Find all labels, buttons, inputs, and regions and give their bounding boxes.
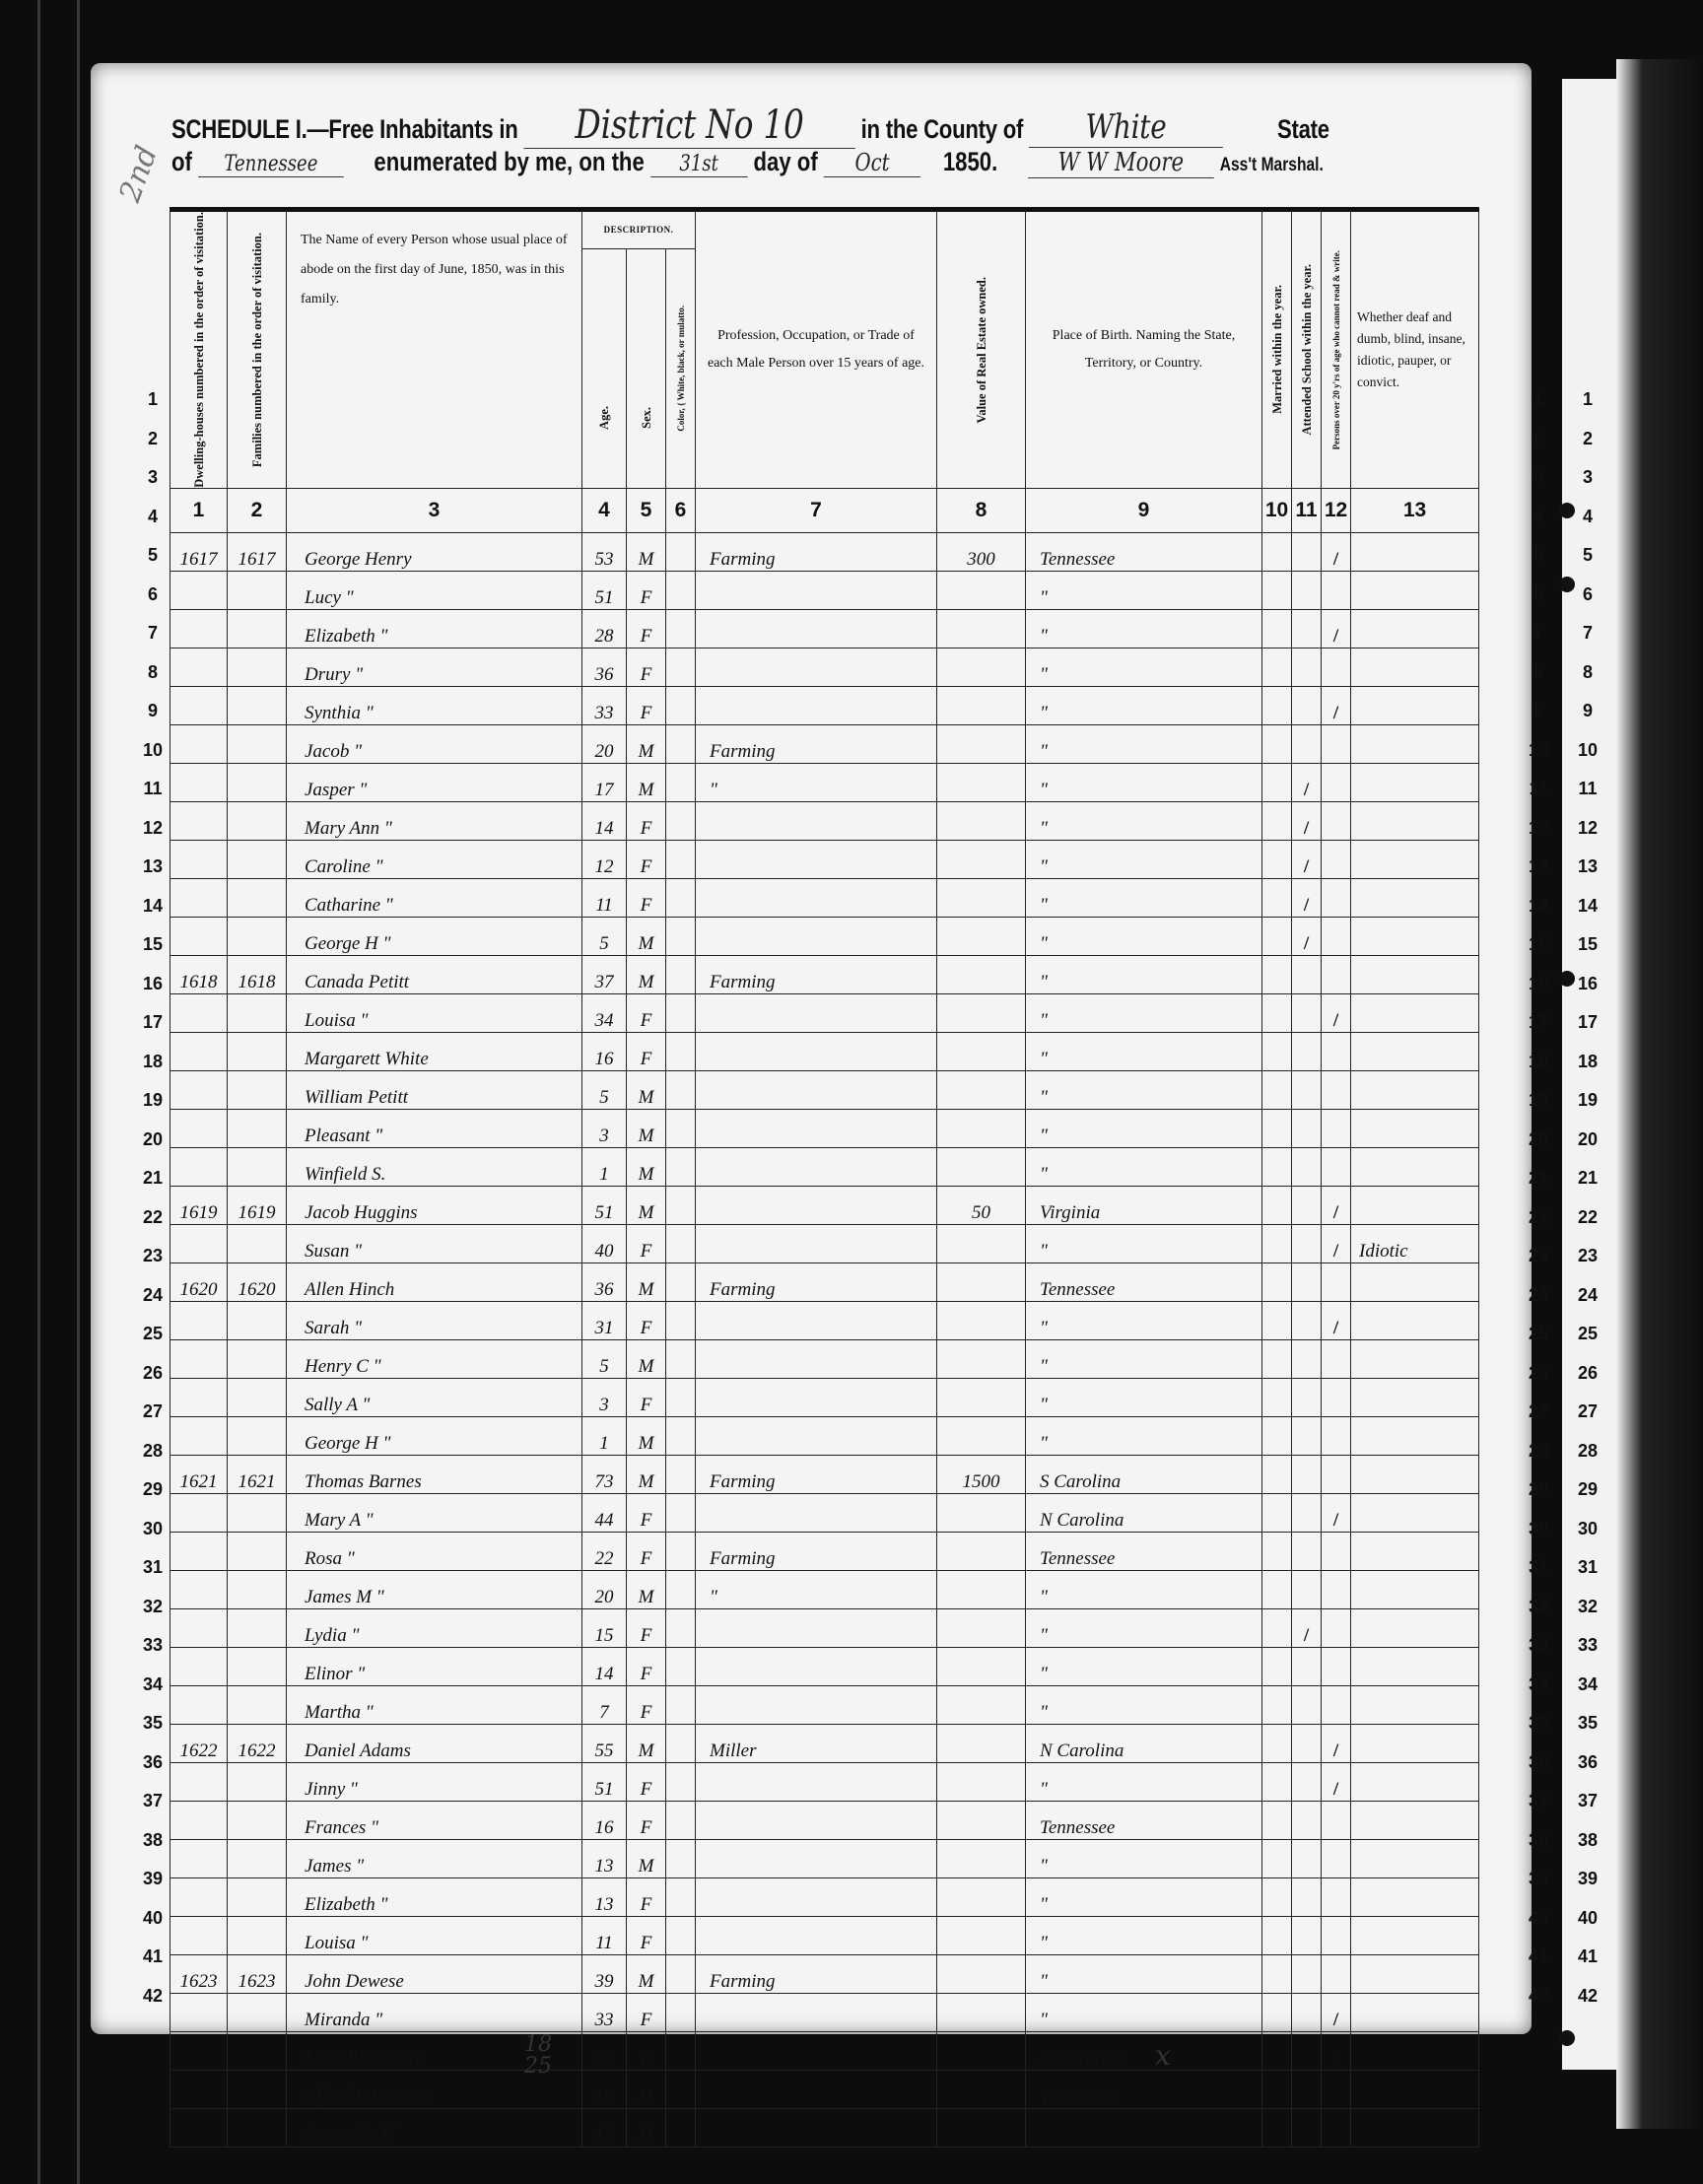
condition-cell bbox=[1351, 1032, 1479, 1070]
line-number-adjacent: 36 bbox=[1575, 1752, 1601, 1773]
condition-cell bbox=[1351, 2070, 1479, 2108]
color-cell bbox=[666, 1839, 696, 1877]
place-of-birth-cell: " bbox=[1026, 609, 1262, 648]
occupation-cell bbox=[696, 1070, 937, 1109]
table-row: Sally A "3F" bbox=[170, 1378, 1479, 1416]
condition-cell bbox=[1351, 1147, 1479, 1186]
dwelling-number-cell bbox=[170, 1301, 228, 1339]
family-number-cell bbox=[228, 840, 287, 878]
color-cell bbox=[666, 648, 696, 686]
line-number-adjacent: 25 bbox=[1575, 1324, 1601, 1344]
color-cell bbox=[666, 724, 696, 763]
married-mark-cell bbox=[1262, 1993, 1292, 2031]
family-number-cell: 1623 bbox=[228, 1954, 287, 1993]
dwelling-number-cell bbox=[170, 1993, 228, 2031]
school-mark-cell bbox=[1292, 1916, 1322, 1954]
condition-cell bbox=[1351, 955, 1479, 993]
condition-cell bbox=[1351, 1339, 1479, 1378]
of-label: of bbox=[171, 147, 192, 176]
col-header-dwelling: Dwelling-houses numbered in the order of… bbox=[170, 210, 228, 489]
person-name-cell: Daniel Adams bbox=[287, 1724, 582, 1762]
family-number-cell bbox=[228, 686, 287, 724]
sex-cell: F bbox=[627, 1301, 666, 1339]
illiterate-mark-cell bbox=[1322, 1916, 1351, 1954]
real-estate-value-cell bbox=[937, 1378, 1026, 1416]
dwelling-number-cell bbox=[170, 1378, 228, 1416]
dwelling-number-cell: 1620 bbox=[170, 1263, 228, 1301]
table-row: Lydia "15F"/ bbox=[170, 1608, 1479, 1647]
family-number-cell bbox=[228, 1877, 287, 1916]
family-number-cell bbox=[228, 2108, 287, 2147]
school-mark-cell: / bbox=[1292, 801, 1322, 840]
condition-cell bbox=[1351, 2031, 1479, 2070]
real-estate-value-cell bbox=[937, 993, 1026, 1032]
person-name-cell: Synthia " bbox=[287, 686, 582, 724]
school-mark-cell bbox=[1292, 1301, 1322, 1339]
dwelling-number-cell bbox=[170, 1070, 228, 1109]
sex-cell: F bbox=[627, 1378, 666, 1416]
line-number-adjacent: 6 bbox=[1575, 584, 1601, 605]
family-number-cell bbox=[228, 763, 287, 801]
table-row: Alfred V Dewese16MTennessee bbox=[170, 2070, 1479, 2108]
dwelling-number-cell bbox=[170, 878, 228, 917]
condition-cell bbox=[1351, 840, 1479, 878]
table-row: Sarah "31F"/ bbox=[170, 1301, 1479, 1339]
table-row: Leah Blackburn57FN Carolina/ bbox=[170, 2031, 1479, 2070]
family-number-cell bbox=[228, 2031, 287, 2070]
line-number-left: 6 bbox=[138, 584, 168, 605]
family-number-cell bbox=[228, 1109, 287, 1147]
col-num: 1 bbox=[170, 488, 228, 532]
condition-cell bbox=[1351, 532, 1479, 571]
month-field: Oct bbox=[824, 149, 920, 177]
real-estate-value-cell bbox=[937, 1801, 1026, 1839]
col-num: 3 bbox=[287, 488, 582, 532]
school-mark-cell bbox=[1292, 724, 1322, 763]
color-cell bbox=[666, 917, 696, 955]
dwelling-number-cell bbox=[170, 1493, 228, 1532]
school-mark-cell bbox=[1292, 1455, 1322, 1493]
line-number-left: 21 bbox=[138, 1168, 168, 1189]
age-cell: 36 bbox=[582, 1263, 627, 1301]
condition-cell bbox=[1351, 1301, 1479, 1339]
real-estate-value-cell bbox=[937, 1877, 1026, 1916]
scan-edge bbox=[37, 0, 40, 2184]
person-name-cell: James M " bbox=[287, 1570, 582, 1608]
person-name-cell: Susan " bbox=[287, 1224, 582, 1263]
line-number-adjacent: 7 bbox=[1575, 623, 1601, 644]
dwelling-number-cell bbox=[170, 1532, 228, 1570]
illiterate-mark-cell bbox=[1322, 955, 1351, 993]
occupation-cell bbox=[696, 1647, 937, 1685]
school-mark-cell bbox=[1292, 532, 1322, 571]
line-number-left: 11 bbox=[138, 779, 168, 799]
table-row: Caroline "12F"/ bbox=[170, 840, 1479, 878]
real-estate-value-cell: 300 bbox=[937, 532, 1026, 571]
color-cell bbox=[666, 763, 696, 801]
census-table: Dwelling-houses numbered in the order of… bbox=[170, 207, 1479, 2148]
family-number-cell bbox=[228, 878, 287, 917]
color-cell bbox=[666, 1378, 696, 1416]
married-mark-cell bbox=[1262, 917, 1292, 955]
footer-x-mark: x bbox=[1155, 2039, 1171, 2072]
color-cell bbox=[666, 2070, 696, 2108]
dwelling-number-cell: 1617 bbox=[170, 532, 228, 571]
line-number-right: 14 bbox=[1526, 896, 1551, 917]
col-header-illiterate: Persons over 20 y'rs of age who cannot r… bbox=[1322, 210, 1351, 489]
condition-cell bbox=[1351, 878, 1479, 917]
table-row: William Petitt5M" bbox=[170, 1070, 1479, 1109]
color-cell bbox=[666, 1070, 696, 1109]
school-mark-cell bbox=[1292, 1685, 1322, 1724]
person-name-cell: George Henry bbox=[287, 532, 582, 571]
age-cell: 14 bbox=[582, 801, 627, 840]
sex-cell: F bbox=[627, 1493, 666, 1532]
occupation-cell bbox=[696, 686, 937, 724]
person-name-cell: Frances " bbox=[287, 1801, 582, 1839]
color-cell bbox=[666, 1032, 696, 1070]
occupation-cell bbox=[696, 1493, 937, 1532]
line-number-adjacent: 39 bbox=[1575, 1869, 1601, 1889]
family-number-cell bbox=[228, 1647, 287, 1685]
col-header-age: Age. bbox=[582, 248, 627, 488]
occupation-cell bbox=[696, 1147, 937, 1186]
married-mark-cell bbox=[1262, 1532, 1292, 1570]
condition-cell bbox=[1351, 686, 1479, 724]
line-number-left: 3 bbox=[138, 467, 168, 488]
table-row: Catharine "11F"/ bbox=[170, 878, 1479, 917]
place-of-birth-cell: " bbox=[1026, 1378, 1262, 1416]
married-mark-cell bbox=[1262, 763, 1292, 801]
illiterate-mark-cell bbox=[1322, 1685, 1351, 1724]
person-name-cell: Pleasant " bbox=[287, 1109, 582, 1147]
table-row: 16211621Thomas Barnes73MFarming1500S Car… bbox=[170, 1455, 1479, 1493]
sex-cell: F bbox=[627, 571, 666, 609]
table-row: George H "5M"/ bbox=[170, 917, 1479, 955]
real-estate-value-cell bbox=[937, 1224, 1026, 1263]
line-number-right: 4 bbox=[1526, 507, 1551, 527]
family-number-cell bbox=[228, 1070, 287, 1109]
age-cell: 1 bbox=[582, 1416, 627, 1455]
person-name-cell: Margarett White bbox=[287, 1032, 582, 1070]
line-number-adjacent: 18 bbox=[1575, 1052, 1601, 1072]
family-number-cell bbox=[228, 1801, 287, 1839]
sex-cell: M bbox=[627, 1147, 666, 1186]
place-of-birth-cell: " bbox=[1026, 1224, 1262, 1263]
color-cell bbox=[666, 1224, 696, 1263]
color-cell bbox=[666, 1109, 696, 1147]
illiterate-mark-cell: / bbox=[1322, 1724, 1351, 1762]
illiterate-mark-cell bbox=[1322, 1455, 1351, 1493]
color-cell bbox=[666, 686, 696, 724]
line-number-adjacent: 4 bbox=[1575, 507, 1601, 527]
dwelling-number-cell bbox=[170, 1032, 228, 1070]
color-cell bbox=[666, 1608, 696, 1647]
line-number-right: 18 bbox=[1526, 1052, 1551, 1072]
married-mark-cell bbox=[1262, 1724, 1292, 1762]
real-estate-value-cell bbox=[937, 648, 1026, 686]
condition-cell bbox=[1351, 1877, 1479, 1916]
table-row: 16181618Canada Petitt37MFarming" bbox=[170, 955, 1479, 993]
illiterate-mark-cell bbox=[1322, 724, 1351, 763]
dwelling-number-cell bbox=[170, 1570, 228, 1608]
family-number-cell bbox=[228, 1147, 287, 1186]
person-name-cell: Henry C " bbox=[287, 1339, 582, 1378]
place-of-birth-cell: " bbox=[1026, 1647, 1262, 1685]
age-cell: 33 bbox=[582, 1993, 627, 2031]
condition-cell bbox=[1351, 1109, 1479, 1147]
adjacent-page-shadow bbox=[1616, 59, 1703, 2129]
line-number-left: 14 bbox=[138, 896, 168, 917]
age-cell: 13 bbox=[582, 1839, 627, 1877]
person-name-cell: George H " bbox=[287, 1416, 582, 1455]
real-estate-value-cell bbox=[937, 1416, 1026, 1455]
school-mark-cell: / bbox=[1292, 763, 1322, 801]
line-number-right: 11 bbox=[1526, 779, 1551, 799]
table-row: Jacob "20MFarming" bbox=[170, 724, 1479, 763]
occupation-cell: " bbox=[696, 763, 937, 801]
place-of-birth-cell: N Carolina bbox=[1026, 1493, 1262, 1532]
line-number-adjacent: 5 bbox=[1575, 545, 1601, 566]
line-number-adjacent: 14 bbox=[1575, 896, 1601, 917]
line-number-right: 16 bbox=[1526, 974, 1551, 994]
age-cell: 39 bbox=[582, 1954, 627, 1993]
sex-cell: F bbox=[627, 2031, 666, 2070]
illiterate-mark-cell bbox=[1322, 2108, 1351, 2147]
family-number-cell bbox=[228, 2070, 287, 2108]
line-number-right: 29 bbox=[1526, 1479, 1551, 1500]
school-mark-cell bbox=[1292, 648, 1322, 686]
illiterate-mark-cell bbox=[1322, 571, 1351, 609]
school-mark-cell bbox=[1292, 1993, 1322, 2031]
illiterate-mark-cell bbox=[1322, 1954, 1351, 1993]
school-mark-cell bbox=[1292, 1032, 1322, 1070]
family-number-cell: 1622 bbox=[228, 1724, 287, 1762]
illiterate-mark-cell: / bbox=[1322, 2031, 1351, 2070]
condition-cell bbox=[1351, 763, 1479, 801]
place-of-birth-cell: N Carolina bbox=[1026, 2031, 1262, 2070]
real-estate-value-cell bbox=[937, 1916, 1026, 1954]
line-number-left: 36 bbox=[138, 1752, 168, 1773]
married-mark-cell bbox=[1262, 1570, 1292, 1608]
county-label: in the County of bbox=[861, 114, 1024, 144]
sex-cell: M bbox=[627, 763, 666, 801]
illiterate-mark-cell: / bbox=[1322, 1186, 1351, 1224]
line-number-right: 40 bbox=[1526, 1908, 1551, 1929]
married-mark-cell bbox=[1262, 1455, 1292, 1493]
margin-note: 2nd bbox=[113, 141, 166, 206]
occupation-cell bbox=[696, 1032, 937, 1070]
condition-cell bbox=[1351, 609, 1479, 648]
place-of-birth-cell: " bbox=[1026, 571, 1262, 609]
table-row: 16171617George Henry53MFarming300Tenness… bbox=[170, 532, 1479, 571]
school-mark-cell bbox=[1292, 1839, 1322, 1877]
table-row: Louisa "34F"/ bbox=[170, 993, 1479, 1032]
dwelling-number-cell bbox=[170, 2108, 228, 2147]
line-number-left: 26 bbox=[138, 1363, 168, 1384]
line-number-right: 3 bbox=[1526, 467, 1551, 488]
illiterate-mark-cell bbox=[1322, 1339, 1351, 1378]
family-number-cell: 1620 bbox=[228, 1263, 287, 1301]
illiterate-mark-cell bbox=[1322, 1801, 1351, 1839]
person-name-cell: Elinor " bbox=[287, 1647, 582, 1685]
school-mark-cell bbox=[1292, 1224, 1322, 1263]
family-number-cell bbox=[228, 993, 287, 1032]
illiterate-mark-cell: / bbox=[1322, 993, 1351, 1032]
header-row-top: Dwelling-houses numbered in the order of… bbox=[170, 210, 1479, 249]
dwelling-number-cell: 1623 bbox=[170, 1954, 228, 1993]
occupation-cell bbox=[696, 1839, 937, 1877]
age-cell: 14 bbox=[582, 1647, 627, 1685]
illiterate-mark-cell bbox=[1322, 1416, 1351, 1455]
dwelling-number-cell bbox=[170, 1224, 228, 1263]
place-of-birth-cell bbox=[1026, 2108, 1262, 2147]
married-mark-cell bbox=[1262, 1608, 1292, 1647]
occupation-cell: Farming bbox=[696, 1954, 937, 1993]
col-num: 13 bbox=[1351, 488, 1479, 532]
line-number-adjacent: 32 bbox=[1575, 1597, 1601, 1617]
sex-cell: F bbox=[627, 1916, 666, 1954]
dwelling-number-cell bbox=[170, 1416, 228, 1455]
family-number-cell bbox=[228, 1378, 287, 1416]
sex-cell: M bbox=[627, 2108, 666, 2147]
person-name-cell: Jasper " bbox=[287, 763, 582, 801]
table-row: 16231623John Dewese39MFarming" bbox=[170, 1954, 1479, 1993]
school-mark-cell bbox=[1292, 1416, 1322, 1455]
place-of-birth-cell: " bbox=[1026, 1877, 1262, 1916]
real-estate-value-cell bbox=[937, 1724, 1026, 1762]
married-mark-cell bbox=[1262, 1685, 1292, 1724]
place-of-birth-cell: " bbox=[1026, 1109, 1262, 1147]
family-number-cell bbox=[228, 1416, 287, 1455]
family-number-cell bbox=[228, 917, 287, 955]
school-mark-cell: / bbox=[1292, 840, 1322, 878]
place-of-birth-cell: " bbox=[1026, 1839, 1262, 1877]
illiterate-mark-cell bbox=[1322, 801, 1351, 840]
dwelling-number-cell bbox=[170, 801, 228, 840]
occupation-cell: Farming bbox=[696, 724, 937, 763]
color-cell bbox=[666, 1455, 696, 1493]
real-estate-value-cell bbox=[937, 571, 1026, 609]
dwelling-number-cell bbox=[170, 724, 228, 763]
place-of-birth-cell: " bbox=[1026, 993, 1262, 1032]
real-estate-value-cell bbox=[937, 1263, 1026, 1301]
dwelling-number-cell: 1619 bbox=[170, 1186, 228, 1224]
col-header-real-estate: Value of Real Estate owned. bbox=[937, 210, 1026, 489]
enumerated-label: enumerated by me, on the bbox=[374, 147, 644, 176]
married-mark-cell bbox=[1262, 1109, 1292, 1147]
dwelling-number-cell bbox=[170, 1839, 228, 1877]
married-mark-cell bbox=[1262, 1839, 1292, 1877]
line-number-right: 22 bbox=[1526, 1207, 1551, 1228]
occupation-cell bbox=[696, 609, 937, 648]
occupation-cell: Farming bbox=[696, 1455, 937, 1493]
line-number-adjacent: 38 bbox=[1575, 1830, 1601, 1851]
line-number-right: 28 bbox=[1526, 1441, 1551, 1462]
binding-hole bbox=[1559, 577, 1575, 592]
place-of-birth-cell: " bbox=[1026, 1339, 1262, 1378]
sex-cell: M bbox=[627, 955, 666, 993]
place-of-birth-cell: " bbox=[1026, 1032, 1262, 1070]
color-cell bbox=[666, 840, 696, 878]
person-name-cell: Rosa " bbox=[287, 1532, 582, 1570]
age-cell: 13 bbox=[582, 2108, 627, 2147]
place-of-birth-cell: " bbox=[1026, 1993, 1262, 2031]
color-cell bbox=[666, 878, 696, 917]
line-number-left: 27 bbox=[138, 1401, 168, 1422]
place-of-birth-cell: " bbox=[1026, 840, 1262, 878]
dwelling-number-cell bbox=[170, 648, 228, 686]
sex-cell: M bbox=[627, 1109, 666, 1147]
illiterate-mark-cell bbox=[1322, 1647, 1351, 1685]
table-row: Mary Ann "14F"/ bbox=[170, 801, 1479, 840]
real-estate-value-cell bbox=[937, 878, 1026, 917]
census-page: 2nd SCHEDULE I.—Free Inhabitants in Dist… bbox=[91, 63, 1532, 2034]
color-cell bbox=[666, 993, 696, 1032]
line-number-adjacent: 20 bbox=[1575, 1129, 1601, 1150]
line-number-adjacent: 10 bbox=[1575, 740, 1601, 761]
occupation-cell bbox=[696, 1378, 937, 1416]
age-cell: 73 bbox=[582, 1455, 627, 1493]
line-number-adjacent: 23 bbox=[1575, 1246, 1601, 1266]
table-row: Susan "40F"/Idiotic bbox=[170, 1224, 1479, 1263]
table-row: Granville H13M bbox=[170, 2108, 1479, 2147]
col-header-sex: Sex. bbox=[627, 248, 666, 488]
school-mark-cell bbox=[1292, 2070, 1322, 2108]
school-mark-cell bbox=[1292, 1378, 1322, 1416]
married-mark-cell bbox=[1262, 1954, 1292, 1993]
color-cell bbox=[666, 1532, 696, 1570]
line-number-right: 12 bbox=[1526, 818, 1551, 839]
condition-cell bbox=[1351, 1685, 1479, 1724]
col-header-occupation: Profession, Occupation, or Trade of each… bbox=[696, 210, 937, 489]
illiterate-mark-cell bbox=[1322, 878, 1351, 917]
binding-hole bbox=[1559, 971, 1575, 987]
sex-cell: M bbox=[627, 1263, 666, 1301]
school-mark-cell bbox=[1292, 1493, 1322, 1532]
sex-cell: M bbox=[627, 532, 666, 571]
occupation-cell bbox=[696, 2070, 937, 2108]
color-cell bbox=[666, 1339, 696, 1378]
place-of-birth-cell: " bbox=[1026, 1608, 1262, 1647]
age-cell: 36 bbox=[582, 648, 627, 686]
line-number-adjacent: 28 bbox=[1575, 1441, 1601, 1462]
age-cell: 33 bbox=[582, 686, 627, 724]
illiterate-mark-cell: / bbox=[1322, 1493, 1351, 1532]
age-cell: 22 bbox=[582, 1532, 627, 1570]
school-mark-cell bbox=[1292, 1263, 1322, 1301]
condition-cell bbox=[1351, 1532, 1479, 1570]
condition-cell bbox=[1351, 1647, 1479, 1685]
real-estate-value-cell bbox=[937, 686, 1026, 724]
illiterate-mark-cell bbox=[1322, 1147, 1351, 1186]
col-header-married: Married within the year. bbox=[1262, 210, 1292, 489]
binding-hole bbox=[1559, 2030, 1575, 2046]
color-cell bbox=[666, 1647, 696, 1685]
real-estate-value-cell bbox=[937, 801, 1026, 840]
sex-cell: F bbox=[627, 1647, 666, 1685]
marshal-label: Ass't Marshal. bbox=[1220, 155, 1324, 175]
occupation-cell bbox=[696, 1801, 937, 1839]
occupation-cell: Farming bbox=[696, 532, 937, 571]
line-number-right: 27 bbox=[1526, 1401, 1551, 1422]
dwelling-number-cell bbox=[170, 1801, 228, 1839]
line-number-adjacent: 37 bbox=[1575, 1791, 1601, 1811]
school-mark-cell: / bbox=[1292, 917, 1322, 955]
line-number-right: 6 bbox=[1526, 584, 1551, 605]
line-number-right: 37 bbox=[1526, 1791, 1551, 1811]
line-number-adjacent: 41 bbox=[1575, 1946, 1601, 1967]
